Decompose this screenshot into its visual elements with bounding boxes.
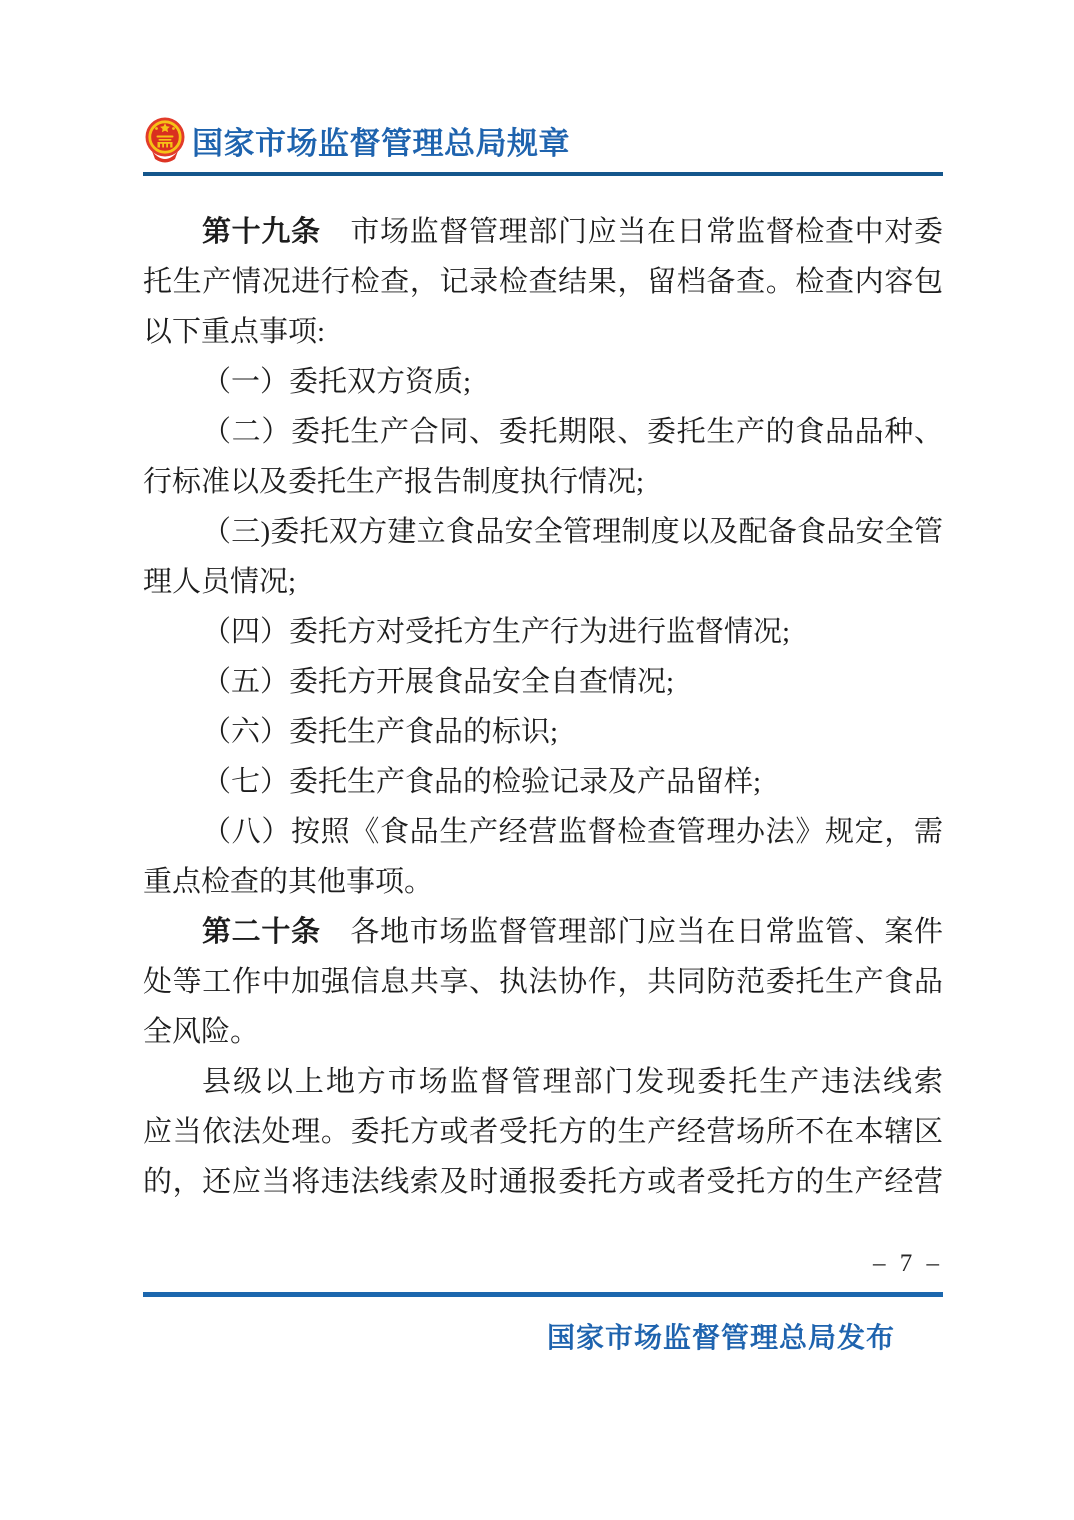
body-line: （二）委托生产合同、委托期限、委托生产的食品品种、执 <box>143 407 943 457</box>
page-number: – 7 – <box>143 1250 943 1278</box>
body-line: 托生产情况进行检查，记录检查结果，留档备查。检查内容包括 <box>143 257 943 307</box>
article-number: 第十九条 <box>202 216 321 248</box>
body-line: 第十九条 市场监督管理部门应当在日常监督检查中对委 <box>143 207 943 257</box>
document-body: 第十九条 市场监督管理部门应当在日常监督检查中对委 托生产情况进行检查，记录检查… <box>143 207 943 1207</box>
body-line-text: 托生产情况进行检查，记录检查结果，留档备查。检查内容包括 <box>143 266 943 307</box>
body-line: 的，还应当将违法线索及时通报委托方或者受托方的生产经营场 <box>143 1157 943 1207</box>
body-line: 应当依法处理。委托方或者受托方的生产经营场所不在本辖区 <box>143 1107 943 1157</box>
header-title: 国家市场监督管理总局规章 <box>192 118 570 163</box>
body-line: 以下重点事项: <box>143 307 943 357</box>
body-line: （四）委托方对受托方生产行为进行监督情况; <box>143 607 943 657</box>
body-line: （五）委托方开展食品安全自查情况; <box>143 657 943 707</box>
body-line-text: 的，还应当将违法线索及时通报委托方或者受托方的生产经营场 <box>143 1166 943 1207</box>
body-line-text: （六）委托生产食品的标识; <box>202 716 558 748</box>
body-line-text: （八）按照《食品生产经营监督检查管理办法》规定，需要 <box>143 816 943 857</box>
body-line-text: 行标准以及委托生产报告制度执行情况; <box>143 466 644 498</box>
body-line: 第二十条 各地市场监督管理部门应当在日常监管、案件查 <box>143 907 943 957</box>
body-line-text: 县级以上地方市场监督管理部门发现委托生产违法线索的， <box>143 1066 943 1107</box>
body-line-text: 全风险。 <box>143 1016 259 1048</box>
body-line-text: 理人员情况; <box>143 566 296 598</box>
body-line-text: （四）委托方对受托方生产行为进行监督情况; <box>202 616 790 648</box>
body-line-text: 处等工作中加强信息共享、执法协作，共同防范委托生产食品安 <box>143 966 943 1007</box>
body-line: （三)委托双方建立食品安全管理制度以及配备食品安全管 <box>143 507 943 557</box>
body-line: 处等工作中加强信息共享、执法协作，共同防范委托生产食品安 <box>143 957 943 1007</box>
document-page: 国家市场监督管理总局规章 第十九条 市场监督管理部门应当在日常监督检查中对委 托… <box>0 0 1074 1520</box>
body-line: （一）委托双方资质; <box>143 357 943 407</box>
page-header: 国家市场监督管理总局规章 <box>144 112 570 168</box>
national-emblem-icon <box>144 115 186 165</box>
article-number: 第二十条 <box>202 916 321 948</box>
header-rule <box>143 172 943 176</box>
body-line: 县级以上地方市场监督管理部门发现委托生产违法线索的， <box>143 1057 943 1107</box>
body-line: 理人员情况; <box>143 557 943 607</box>
body-line-text: （一）委托双方资质; <box>202 366 471 398</box>
body-line-text: 重点检查的其他事项。 <box>143 866 433 898</box>
body-line: （六）委托生产食品的标识; <box>143 707 943 757</box>
body-line-text: 应当依法处理。委托方或者受托方的生产经营场所不在本辖区 <box>143 1116 943 1148</box>
body-line-text: 以下重点事项: <box>143 316 325 348</box>
publisher-line: 国家市场监督管理总局发布 <box>143 1316 895 1356</box>
body-line-text: （二）委托生产合同、委托期限、委托生产的食品品种、执 <box>143 416 943 457</box>
body-line: （八）按照《食品生产经营监督检查管理办法》规定，需要 <box>143 807 943 857</box>
body-line-text: （七）委托生产食品的检验记录及产品留样; <box>202 766 761 798</box>
body-line: 全风险。 <box>143 1007 943 1057</box>
body-line: （七）委托生产食品的检验记录及产品留样; <box>143 757 943 807</box>
body-line: 重点检查的其他事项。 <box>143 857 943 907</box>
body-line-text: （五）委托方开展食品安全自查情况; <box>202 666 674 698</box>
body-line-text: 市场监督管理部门应当在日常监督检查中对委 <box>321 216 943 248</box>
body-line: 行标准以及委托生产报告制度执行情况; <box>143 457 943 507</box>
body-line-text: （三)委托双方建立食品安全管理制度以及配备食品安全管 <box>202 516 943 548</box>
footer-rule <box>143 1292 943 1297</box>
